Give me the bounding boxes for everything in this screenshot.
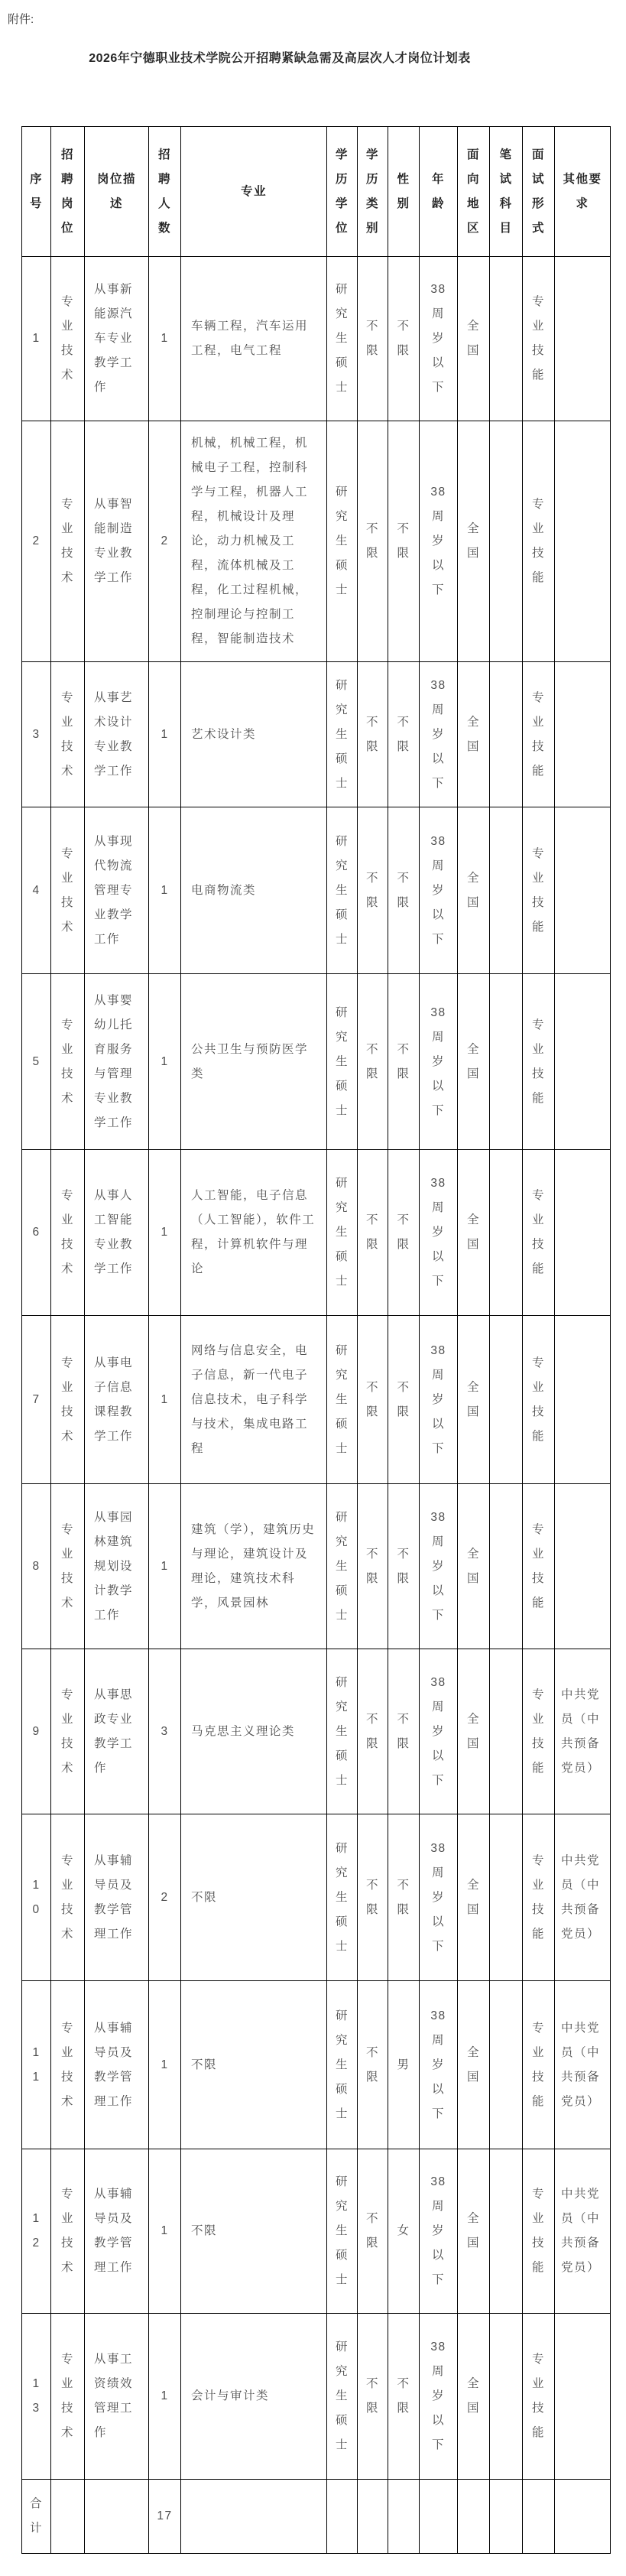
cell-age: 38周岁以下 [420, 1484, 458, 1649]
cell-no: 3 [22, 662, 51, 807]
column-header-no: 序号 [22, 127, 51, 257]
table-row: 7专业技术从事电子信息课程教学工作1网络与信息安全，电子信息，新一代电子信息技术… [22, 1316, 611, 1484]
cell-gender: 不限 [388, 1484, 420, 1649]
cell-written [490, 2314, 523, 2480]
cell-other: 中共党员（中共预备党员） [555, 1649, 611, 1814]
cell-edu-type: 不限 [358, 1150, 388, 1316]
cell-post: 专业技术 [51, 421, 85, 662]
cell-edu-type: 不限 [358, 2314, 388, 2480]
cell-post: 专业技术 [51, 662, 85, 807]
cell-other: 中共党员（中共预备党员） [555, 1814, 611, 1981]
total-cell-edu-type [358, 2480, 388, 2554]
cell-major: 电商物流类 [181, 807, 327, 974]
cell-region: 全国 [458, 1814, 490, 1981]
cell-interview: 专业技能 [523, 2149, 555, 2314]
cell-no: 13 [22, 2314, 51, 2480]
cell-edu-type: 不限 [358, 1814, 388, 1981]
cell-edu-type: 不限 [358, 257, 388, 421]
cell-gender: 女 [388, 2149, 420, 2314]
cell-count: 1 [149, 1316, 181, 1484]
total-cell-post [51, 2480, 85, 2554]
cell-region: 全国 [458, 662, 490, 807]
cell-count: 1 [149, 2314, 181, 2480]
cell-degree: 研究生硕士 [327, 1649, 358, 1814]
cell-degree: 研究生硕士 [327, 257, 358, 421]
cell-other [555, 1484, 611, 1649]
cell-gender: 不限 [388, 1814, 420, 1981]
column-header-written-subject: 笔试科目 [490, 127, 523, 257]
cell-post: 专业技术 [51, 1484, 85, 1649]
cell-degree: 研究生硕士 [327, 2149, 358, 2314]
cell-major: 马克思主义理论类 [181, 1649, 327, 1814]
cell-post: 专业技术 [51, 2149, 85, 2314]
cell-no: 7 [22, 1316, 51, 1484]
cell-interview: 专业技能 [523, 2314, 555, 2480]
table-row: 6专业技术从事人工智能专业教学工作1人工智能，电子信息（人工智能），软件工程，计… [22, 1150, 611, 1316]
cell-region: 全国 [458, 1649, 490, 1814]
cell-major: 会计与审计类 [181, 2314, 327, 2480]
cell-interview: 专业技能 [523, 1649, 555, 1814]
table-row: 8专业技术从事园林建筑规划设计教学工作1建筑（学），建筑历史与理论，建筑设计及理… [22, 1484, 611, 1649]
attachment-label: 附件: [0, 0, 626, 28]
column-header-age: 年龄 [420, 127, 458, 257]
cell-degree: 研究生硕士 [327, 1981, 358, 2149]
cell-region: 全国 [458, 1981, 490, 2149]
cell-gender: 不限 [388, 2314, 420, 2480]
cell-count: 1 [149, 2149, 181, 2314]
table-row: 3专业技术从事艺术设计专业教学工作1艺术设计类研究生硕士不限不限38周岁以下全国… [22, 662, 611, 807]
table-row: 13专业技术从事工资绩效管理工作1会计与审计类研究生硕士不限不限38周岁以下全国… [22, 2314, 611, 2480]
cell-interview: 专业技能 [523, 1814, 555, 1981]
cell-no: 2 [22, 421, 51, 662]
cell-major: 不限 [181, 2149, 327, 2314]
cell-degree: 研究生硕士 [327, 974, 358, 1150]
cell-degree: 研究生硕士 [327, 1814, 358, 1981]
cell-other [555, 2314, 611, 2480]
cell-edu-type: 不限 [358, 1981, 388, 2149]
cell-interview: 专业技能 [523, 662, 555, 807]
cell-no: 11 [22, 1981, 51, 2149]
header-row: 序号 招聘岗位 岗位描述 招聘人数 专业 学历学位 学历类别 性别 年龄 面向地… [22, 127, 611, 257]
cell-gender: 不限 [388, 1649, 420, 1814]
cell-edu-type: 不限 [358, 1649, 388, 1814]
cell-major: 网络与信息安全，电子信息，新一代电子信息技术，电子科学与技术，集成电路工程 [181, 1316, 327, 1484]
column-header-gender: 性别 [388, 127, 420, 257]
cell-age: 38周岁以下 [420, 807, 458, 974]
column-header-degree: 学历学位 [327, 127, 358, 257]
cell-desc: 从事辅导员及教学管理工作 [85, 2149, 149, 2314]
cell-written [490, 1981, 523, 2149]
cell-desc: 从事思政专业教学工作 [85, 1649, 149, 1814]
cell-post: 专业技术 [51, 1316, 85, 1484]
cell-post: 专业技术 [51, 1814, 85, 1981]
total-cell-written [490, 2480, 523, 2554]
cell-region: 全国 [458, 2149, 490, 2314]
cell-count: 1 [149, 974, 181, 1150]
cell-major: 不限 [181, 1981, 327, 2149]
cell-other [555, 1150, 611, 1316]
cell-count: 1 [149, 257, 181, 421]
cell-desc: 从事辅导员及教学管理工作 [85, 1814, 149, 1981]
cell-count: 1 [149, 807, 181, 974]
column-header-other: 其他要求 [555, 127, 611, 257]
cell-other [555, 974, 611, 1150]
cell-interview: 专业技能 [523, 1316, 555, 1484]
column-header-region: 面向地区 [458, 127, 490, 257]
cell-post: 专业技术 [51, 974, 85, 1150]
column-header-count: 招聘人数 [149, 127, 181, 257]
total-cell-age [420, 2480, 458, 2554]
cell-major: 建筑（学），建筑历史与理论，建筑设计及理论，建筑技术科学，风景园林 [181, 1484, 327, 1649]
cell-major: 车辆工程，汽车运用工程，电气工程 [181, 257, 327, 421]
cell-count: 1 [149, 1150, 181, 1316]
cell-gender: 男 [388, 1981, 420, 2149]
cell-degree: 研究生硕士 [327, 807, 358, 974]
cell-written [490, 421, 523, 662]
total-cell-degree [327, 2480, 358, 2554]
cell-other [555, 421, 611, 662]
cell-written [490, 1316, 523, 1484]
cell-desc: 从事新能源汽车专业教学工作 [85, 257, 149, 421]
table-row: 1专业技术从事新能源汽车专业教学工作1车辆工程，汽车运用工程，电气工程研究生硕士… [22, 257, 611, 421]
cell-gender: 不限 [388, 807, 420, 974]
cell-desc: 从事园林建筑规划设计教学工作 [85, 1484, 149, 1649]
total-label-cell: 合计 [22, 2480, 51, 2554]
cell-post: 专业技术 [51, 257, 85, 421]
cell-degree: 研究生硕士 [327, 421, 358, 662]
cell-edu-type: 不限 [358, 2149, 388, 2314]
cell-major: 机械，机械工程，机械电子工程，控制科学与工程，机器人工程，机械设计及理论，动力机… [181, 421, 327, 662]
cell-region: 全国 [458, 974, 490, 1150]
cell-count: 1 [149, 1981, 181, 2149]
cell-no: 12 [22, 2149, 51, 2314]
cell-major: 公共卫生与预防医学类 [181, 974, 327, 1150]
cell-other [555, 662, 611, 807]
page-title: 2026年宁德职业技术学院公开招聘紧缺急需及高层次人才岗位计划表 [0, 50, 560, 67]
cell-gender: 不限 [388, 662, 420, 807]
cell-no: 5 [22, 974, 51, 1150]
cell-no: 6 [22, 1150, 51, 1316]
cell-major: 人工智能，电子信息（人工智能），软件工程，计算机软件与理论 [181, 1150, 327, 1316]
cell-other [555, 1316, 611, 1484]
cell-degree: 研究生硕士 [327, 2314, 358, 2480]
table-row: 11专业技术从事辅导员及教学管理工作1不限研究生硕士不限男38周岁以下全国专业技… [22, 1981, 611, 2149]
cell-post: 专业技术 [51, 1150, 85, 1316]
cell-region: 全国 [458, 1316, 490, 1484]
cell-other [555, 257, 611, 421]
column-header-major: 专业 [181, 127, 327, 257]
cell-age: 38周岁以下 [420, 257, 458, 421]
cell-desc: 从事艺术设计专业教学工作 [85, 662, 149, 807]
column-header-desc: 岗位描述 [85, 127, 149, 257]
cell-desc: 从事现代物流管理专业教学工作 [85, 807, 149, 974]
cell-gender: 不限 [388, 421, 420, 662]
cell-other: 中共党员（中共预备党员） [555, 2149, 611, 2314]
cell-age: 38周岁以下 [420, 1649, 458, 1814]
cell-age: 38周岁以下 [420, 421, 458, 662]
cell-written [490, 807, 523, 974]
cell-degree: 研究生硕士 [327, 1316, 358, 1484]
cell-desc: 从事工资绩效管理工作 [85, 2314, 149, 2480]
cell-no: 9 [22, 1649, 51, 1814]
cell-gender: 不限 [388, 257, 420, 421]
cell-age: 38周岁以下 [420, 1150, 458, 1316]
page: 附件: 2026年宁德职业技术学院公开招聘紧缺急需及高层次人才岗位计划表 序号 … [0, 0, 626, 2576]
cell-region: 全国 [458, 421, 490, 662]
cell-interview: 专业技能 [523, 1484, 555, 1649]
cell-region: 全国 [458, 1150, 490, 1316]
cell-edu-type: 不限 [358, 421, 388, 662]
cell-no: 10 [22, 1814, 51, 1981]
cell-degree: 研究生硕士 [327, 1150, 358, 1316]
cell-interview: 专业技能 [523, 1150, 555, 1316]
cell-count: 3 [149, 1649, 181, 1814]
column-header-interview-format: 面试形式 [523, 127, 555, 257]
cell-written [490, 662, 523, 807]
cell-age: 38周岁以下 [420, 662, 458, 807]
cell-post: 专业技术 [51, 1981, 85, 2149]
cell-degree: 研究生硕士 [327, 1484, 358, 1649]
cell-interview: 专业技能 [523, 807, 555, 974]
table-row: 9专业技术从事思政专业教学工作3马克思主义理论类研究生硕士不限不限38周岁以下全… [22, 1649, 611, 1814]
cell-post: 专业技术 [51, 807, 85, 974]
cell-interview: 专业技能 [523, 974, 555, 1150]
table-row: 12专业技术从事辅导员及教学管理工作1不限研究生硕士不限女38周岁以下全国专业技… [22, 2149, 611, 2314]
cell-major: 不限 [181, 1814, 327, 1981]
table-row: 4专业技术从事现代物流管理专业教学工作1电商物流类研究生硕士不限不限38周岁以下… [22, 807, 611, 974]
cell-count: 1 [149, 1484, 181, 1649]
cell-other [555, 807, 611, 974]
cell-edu-type: 不限 [358, 662, 388, 807]
cell-interview: 专业技能 [523, 257, 555, 421]
table-row: 2专业技术从事智能制造专业教学工作2机械，机械工程，机械电子工程，控制科学与工程… [22, 421, 611, 662]
cell-written [490, 1814, 523, 1981]
cell-interview: 专业技能 [523, 421, 555, 662]
cell-written [490, 1484, 523, 1649]
total-cell-interview [523, 2480, 555, 2554]
cell-edu-type: 不限 [358, 1484, 388, 1649]
table-row: 10专业技术从事辅导员及教学管理工作2不限研究生硕士不限不限38周岁以下全国专业… [22, 1814, 611, 1981]
cell-age: 38周岁以下 [420, 1981, 458, 2149]
column-header-edu-type: 学历类别 [358, 127, 388, 257]
cell-edu-type: 不限 [358, 974, 388, 1150]
cell-count: 2 [149, 1814, 181, 1981]
cell-written [490, 2149, 523, 2314]
total-cell-desc [85, 2480, 149, 2554]
cell-post: 专业技术 [51, 2314, 85, 2480]
cell-no: 4 [22, 807, 51, 974]
cell-no: 8 [22, 1484, 51, 1649]
cell-desc: 从事电子信息课程教学工作 [85, 1316, 149, 1484]
total-cell-major [181, 2480, 327, 2554]
cell-written [490, 974, 523, 1150]
cell-region: 全国 [458, 807, 490, 974]
cell-desc: 从事辅导员及教学管理工作 [85, 1981, 149, 2149]
cell-edu-type: 不限 [358, 1316, 388, 1484]
cell-no: 1 [22, 257, 51, 421]
total-cell-count: 17 [149, 2480, 181, 2554]
positions-table: 序号 招聘岗位 岗位描述 招聘人数 专业 学历学位 学历类别 性别 年龄 面向地… [21, 126, 611, 2554]
cell-age: 38周岁以下 [420, 974, 458, 1150]
cell-age: 38周岁以下 [420, 1316, 458, 1484]
cell-written [490, 1649, 523, 1814]
total-cell-other [555, 2480, 611, 2554]
cell-written [490, 1150, 523, 1316]
cell-other: 中共党员（中共预备党员） [555, 1981, 611, 2149]
cell-written [490, 257, 523, 421]
cell-count: 1 [149, 662, 181, 807]
cell-count: 2 [149, 421, 181, 662]
cell-major: 艺术设计类 [181, 662, 327, 807]
table-row: 5专业技术从事婴幼儿托育服务与管理专业教学工作1公共卫生与预防医学类研究生硕士不… [22, 974, 611, 1150]
cell-desc: 从事智能制造专业教学工作 [85, 421, 149, 662]
cell-gender: 不限 [388, 1150, 420, 1316]
cell-desc: 从事人工智能专业教学工作 [85, 1150, 149, 1316]
cell-gender: 不限 [388, 1316, 420, 1484]
column-header-post: 招聘岗位 [51, 127, 85, 257]
cell-desc: 从事婴幼儿托育服务与管理专业教学工作 [85, 974, 149, 1150]
cell-gender: 不限 [388, 974, 420, 1150]
cell-region: 全国 [458, 1484, 490, 1649]
cell-edu-type: 不限 [358, 807, 388, 974]
cell-region: 全国 [458, 257, 490, 421]
total-cell-region [458, 2480, 490, 2554]
cell-age: 38周岁以下 [420, 1814, 458, 1981]
cell-interview: 专业技能 [523, 1981, 555, 2149]
cell-age: 38周岁以下 [420, 2314, 458, 2480]
cell-post: 专业技术 [51, 1649, 85, 1814]
total-row: 合计17 [22, 2480, 611, 2554]
cell-degree: 研究生硕士 [327, 662, 358, 807]
total-cell-gender [388, 2480, 420, 2554]
cell-age: 38周岁以下 [420, 2149, 458, 2314]
cell-region: 全国 [458, 2314, 490, 2480]
